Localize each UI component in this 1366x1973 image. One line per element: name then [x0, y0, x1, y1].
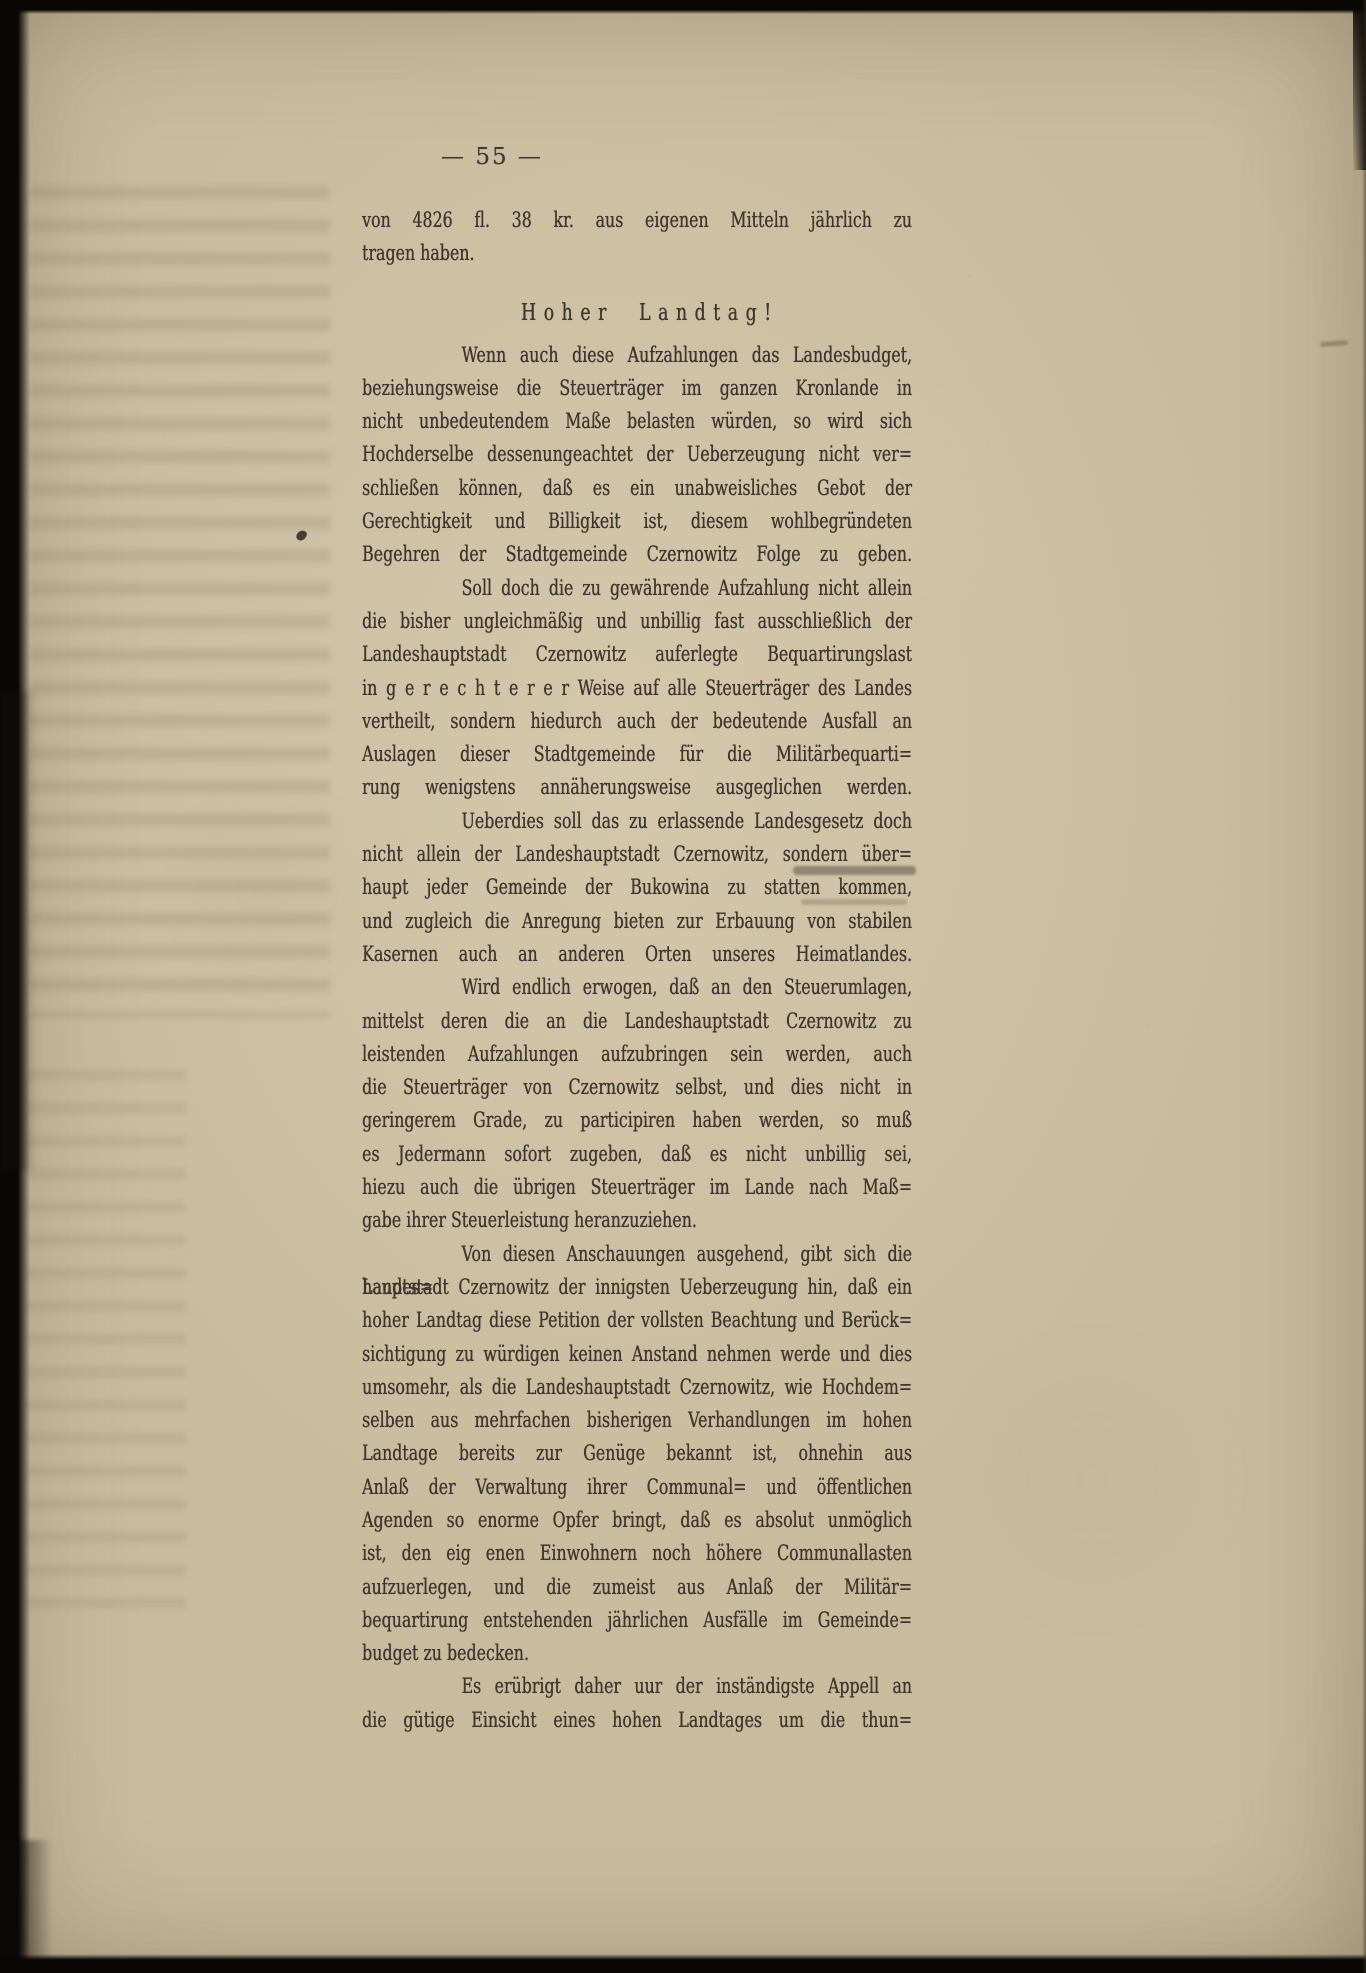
text-line: Soll doch die zu gewährende Aufzahlung n… [362, 572, 912, 605]
text-line: beziehungsweise die Steuerträger im ganz… [362, 372, 912, 405]
text-line: umsomehr, als die Landeshauptstadt Czern… [362, 1371, 912, 1404]
scanned-page: — 55 — von 4826 fl. 38 kr. aus eigenen M… [0, 0, 1366, 1973]
text-line: mittelst deren die an die Landeshauptsta… [362, 1005, 912, 1038]
text-line: hauptstadt Czernowitz der innigsten Uebe… [362, 1271, 912, 1304]
text-line: Wird endlich erwogen, daß an den Steueru… [362, 971, 912, 1004]
text-line: schließen können, daß es ein unabweislic… [362, 472, 912, 505]
ink-smudge [793, 866, 916, 875]
text-line: Begehren der Stadtgemeinde Czernowitz Fo… [362, 538, 912, 571]
text-line: Agenden so enorme Opfer bringt, daß es a… [362, 1504, 912, 1537]
scan-edge-right [1362, 0, 1366, 1973]
text-line: Landtage bereits zur Genüge bekannt ist,… [362, 1437, 912, 1470]
text-line: die Steuerträger von Czernowitz selbst, … [362, 1071, 912, 1104]
text-line: rung wenigstens annäherungsweise ausgegl… [362, 771, 912, 804]
text-line: gabe ihrer Steuerleistung heranzuziehen. [362, 1204, 912, 1237]
text-line: Gerechtigkeit und Billigkeit ist, diesem… [362, 505, 912, 538]
text-line: ist, den eig enen Einwohnern noch höhere… [362, 1537, 912, 1570]
text-line: Von diesen Anschauungen ausgehend, gibt … [362, 1238, 912, 1271]
binding-shadow [0, 690, 44, 1170]
text-line: Auslagen dieser Stadtgemeinde für die Mi… [362, 738, 912, 771]
show-through-texture [30, 168, 330, 1018]
text-line: die bisher ungleichmäßig und unbillig fa… [362, 605, 912, 638]
text-line: Ueberdies soll das zu erlassende Landesg… [362, 805, 912, 838]
text-line: tragen haben. [362, 237, 912, 270]
text-line: und zugleich die Anregung bieten zur Erb… [362, 905, 912, 938]
text-line: Kasernen auch an anderen Orten unseres H… [362, 938, 912, 971]
text-line: bequartirung entstehenden jährlichen Aus… [362, 1604, 912, 1637]
section-heading: Hoher Landtag! [362, 296, 912, 330]
text-line: in g e r e c h t e r e r Weise auf alle … [362, 672, 912, 705]
text-line: selben aus mehrfachen bisherigen Verhand… [362, 1404, 912, 1437]
text-line: budget zu bedecken. [362, 1637, 912, 1670]
margin-mark [1320, 340, 1348, 347]
scan-edge-top [0, 0, 1366, 14]
text-line: Anlaß der Verwaltung ihrer Communal= und… [362, 1471, 912, 1504]
show-through-texture-lower [26, 1050, 186, 1610]
text-line: leistenden Aufzahlungen aufzubringen sei… [362, 1038, 912, 1071]
text-line: hiezu auch die übrigen Steuerträger im L… [362, 1171, 912, 1204]
text-line: es Jedermann sofort zugeben, daß es nich… [362, 1138, 912, 1171]
text-line: sichtigung zu würdigen keinen Anstand ne… [362, 1338, 912, 1371]
ink-mark [295, 528, 309, 542]
text-line: hoher Landtag diese Petition der vollste… [362, 1304, 912, 1337]
text-line: nicht unbedeutendem Maße belasten würden… [362, 405, 912, 438]
text-line: aufzuerlegen, und die zumeist aus Anlaß … [362, 1571, 912, 1604]
text-line: Wenn auch diese Aufzahlungen das Landesb… [362, 339, 912, 372]
text-column: von 4826 fl. 38 kr. aus eigenen Mitteln … [362, 204, 912, 1737]
text-line: Landeshauptstadt Czernowitz auferlegte B… [362, 638, 912, 671]
text-line: von 4826 fl. 38 kr. aus eigenen Mitteln … [362, 204, 912, 237]
text-line: vertheilt, sondern hiedurch auch der bed… [362, 705, 912, 738]
text-line: Es erübrigt daher uur der inständigste A… [362, 1670, 912, 1703]
text-line: Hochderselbe dessenungeachtet der Ueberz… [362, 438, 912, 471]
page-number: — 55 — [424, 144, 560, 170]
text-line: geringerem Grade, zu participiren haben … [362, 1104, 912, 1137]
scan-edge-bottom [0, 1954, 1366, 1973]
text-line: die gütige Einsicht eines hohen Landtage… [362, 1704, 912, 1737]
ink-smudge-light [801, 899, 907, 905]
